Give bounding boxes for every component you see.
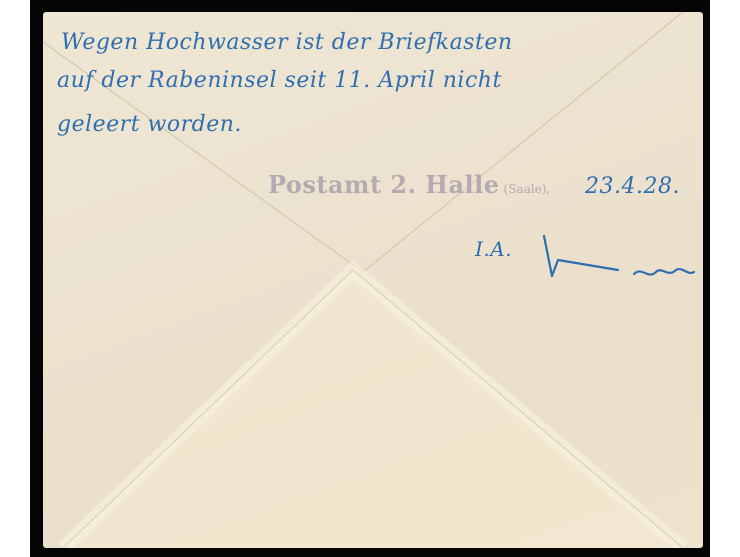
postmark-stamp: Postamt 2. Halle(Saale), — [268, 170, 550, 199]
envelope-back: Wegen Hochwasser ist der Briefkasten auf… — [43, 12, 703, 548]
handwritten-date: 23.4.28. — [585, 174, 680, 199]
postmark-city: (Saale), — [504, 182, 551, 196]
postmark-office: Postamt 2. Halle — [268, 170, 500, 199]
signature-prefix: I.A. — [475, 237, 512, 261]
handwritten-line-1: Wegen Hochwasser ist der Briefkasten — [61, 30, 513, 55]
signature-scribble — [538, 230, 698, 290]
handwritten-line-2: auf der Rabeninsel seit 11. April nicht — [57, 68, 502, 93]
handwritten-line-3: geleert worden. — [57, 112, 242, 137]
